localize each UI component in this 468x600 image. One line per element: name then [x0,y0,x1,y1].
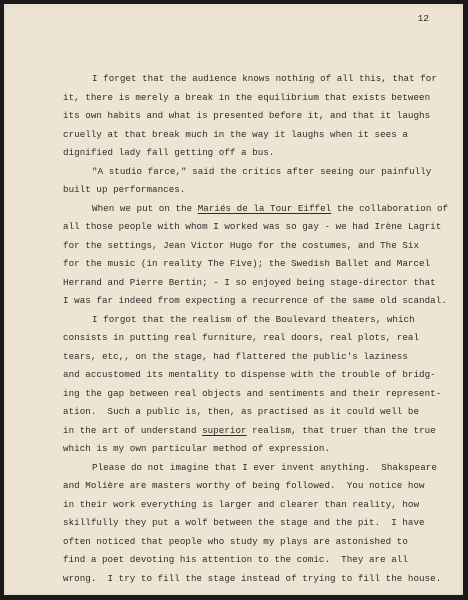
text-line: and accustomed its mentality to dispense… [63,366,453,385]
text-line: all those people with whom I worked was … [63,218,453,237]
text-line: I forget that the audience knows nothing… [63,70,453,89]
text-line: it, there is merely a break in the equil… [63,89,453,108]
typewritten-page: 12 I forget that the audience knows noth… [4,4,463,595]
text-line: I was far indeed from expecting a recurr… [63,292,453,311]
body-text: I forget that the audience knows nothing… [63,70,453,588]
text-line: for the music (in reality The Five); the… [63,255,453,274]
text-line: dignified lady fall getting off a bus. [63,144,453,163]
text-line: ing the gap between real objects and sen… [63,385,453,404]
text-line: built up performances. [63,181,453,200]
text-line: Herrand and Pierre Bertin; - I so enjoye… [63,274,453,293]
text-line: cruelly at that break much in the way it… [63,126,453,145]
text-segment: in the art of understand [63,425,202,436]
text-line: skillfully they put a wolf between the s… [63,514,453,533]
text-line: in the art of understand superior realis… [63,422,453,441]
text-line: When we put on the Mariés de la Tour Eif… [63,200,453,219]
text-line: Please do not imagine that I ever invent… [63,459,453,478]
text-line: for the settings, Jean Victor Hugo for t… [63,237,453,256]
text-line: often noticed that people who study my p… [63,533,453,552]
text-segment: the collaboration of [331,203,448,214]
text-segment: When we put on the [92,203,198,214]
page-number: 12 [418,13,429,24]
text-line: in their work everything is larger and c… [63,496,453,515]
text-line: consists in putting real furniture, real… [63,329,453,348]
text-line: tears, etc,, on the stage, had flattered… [63,348,453,367]
text-line: and Molière are masters worthy of being … [63,477,453,496]
underlined-title: Mariés de la Tour Eiffel [198,203,332,214]
text-line: I forgot that the realism of the Bouleva… [63,311,453,330]
text-segment: realism, that truer than the true [247,425,436,436]
text-line: its own habits and what is presented bef… [63,107,453,126]
text-line: "A studio farce," said the critics after… [63,163,453,182]
text-line: ation. Such a public is, then, as practi… [63,403,453,422]
underlined-title: superior [202,425,247,436]
text-line: find a poet devoting his attention to th… [63,551,453,570]
text-line: which is my own particular method of exp… [63,440,453,459]
text-line: wrong. I try to fill the stage instead o… [63,570,453,589]
